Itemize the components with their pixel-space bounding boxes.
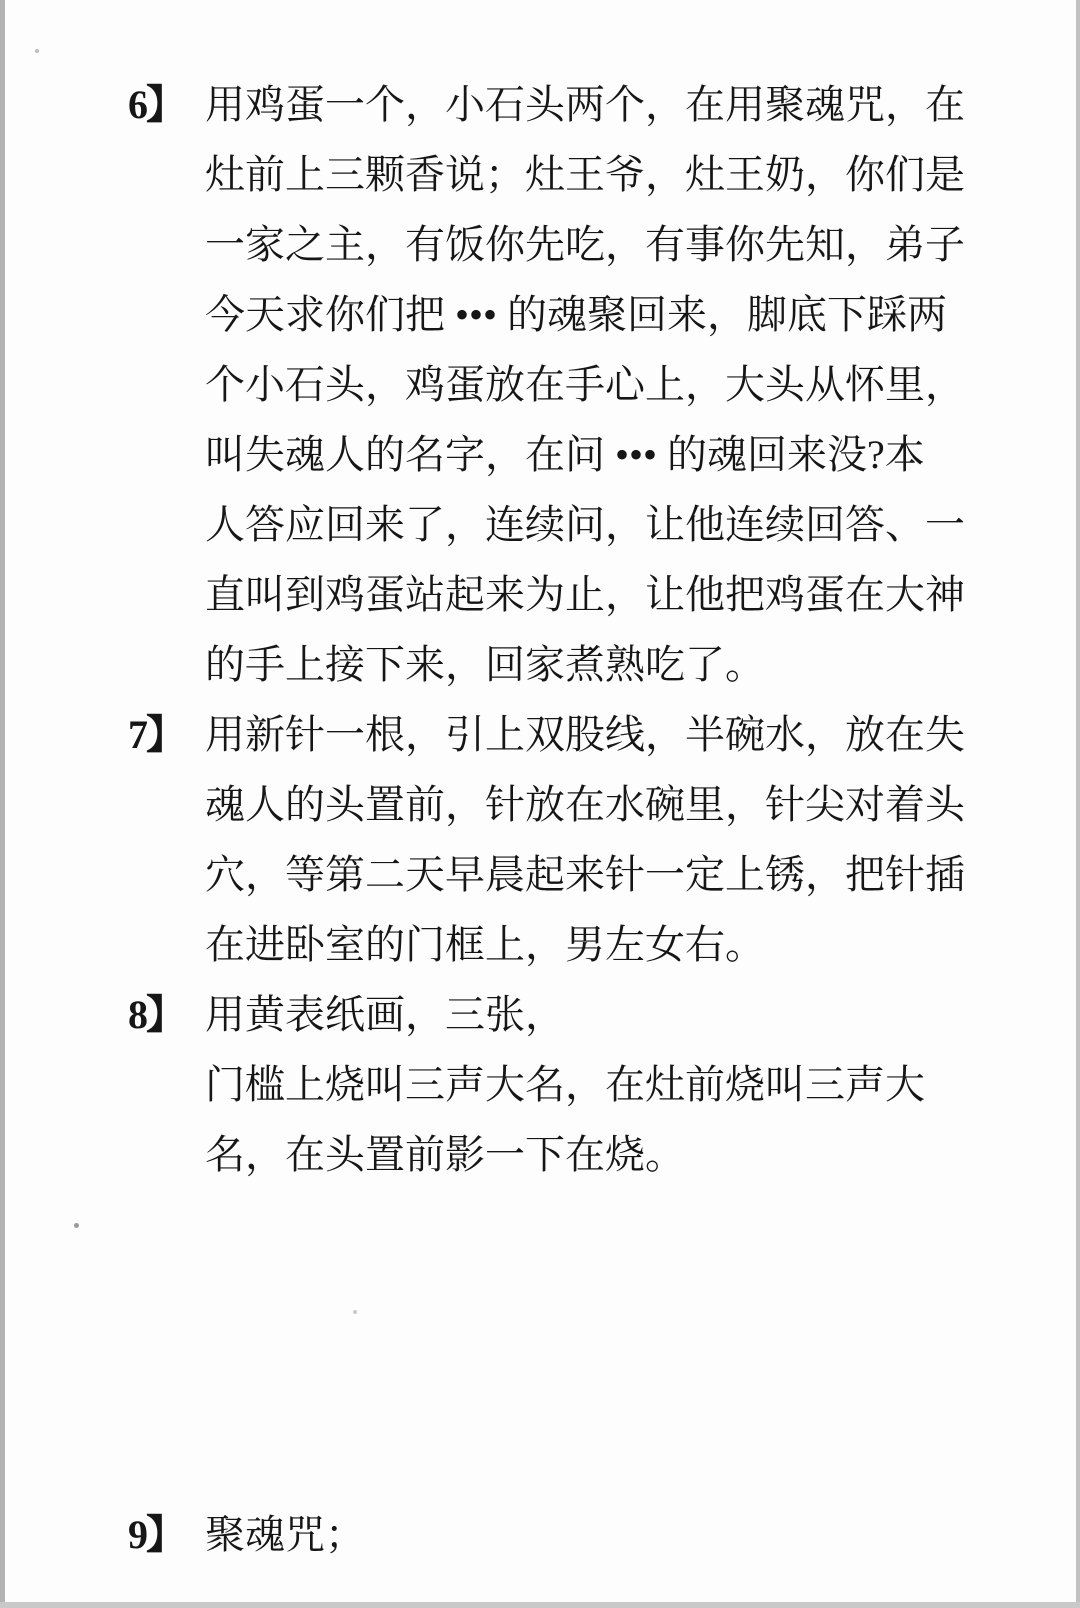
item-text: 用黄表纸画，三张， 门槛上烧叫三声大名，在灶前烧叫三声大 名，在头置前影一下在烧…: [205, 980, 1028, 1190]
item-text: 用鸡蛋一个，小石头两个，在用聚魂咒，在 灶前上三颗香说；灶王爷，灶王奶，你们是 …: [205, 70, 1028, 700]
text-line: 灶前上三颗香说；灶王爷，灶王奶，你们是: [205, 140, 1028, 210]
list-item-9: 9】 聚魂咒；: [128, 1500, 1028, 1570]
text-line: 用新针一根，引上双股线，半碗水，放在失: [205, 700, 1028, 770]
item-marker: 7】: [128, 700, 205, 770]
text-line: 用鸡蛋一个，小石头两个，在用聚魂咒，在: [205, 70, 1028, 140]
text-line: 人答应回来了，连续问，让他连续回答、一: [205, 490, 1028, 560]
list-item-6: 6】 用鸡蛋一个，小石头两个，在用聚魂咒，在 灶前上三颗香说；灶王爷，灶王奶，你…: [128, 70, 1028, 700]
text-line: 的手上接下来，回家煮熟吃了。: [205, 630, 1028, 700]
text-line: 直叫到鸡蛋站起来为止，让他把鸡蛋在大神: [205, 560, 1028, 630]
text-line: 在进卧室的门框上，男左女右。: [205, 910, 1028, 980]
item-marker: 8】: [128, 980, 205, 1050]
item-text: 聚魂咒；: [205, 1500, 1028, 1570]
document-body: 6】 用鸡蛋一个，小石头两个，在用聚魂咒，在 灶前上三颗香说；灶王爷，灶王奶，你…: [128, 70, 1028, 1570]
scan-edge-right: [1076, 0, 1080, 1608]
text-line: 门槛上烧叫三声大名，在灶前烧叫三声大: [205, 1050, 1028, 1120]
scan-speck: [35, 49, 39, 53]
scan-speck: [74, 1223, 79, 1228]
item-text: 用新针一根，引上双股线，半碗水，放在失 魂人的头置前，针放在水碗里，针尖对着头 …: [205, 700, 1028, 980]
list-item-7: 7】 用新针一根，引上双股线，半碗水，放在失 魂人的头置前，针放在水碗里，针尖对…: [128, 700, 1028, 980]
list-item-8: 8】 用黄表纸画，三张， 门槛上烧叫三声大名，在灶前烧叫三声大 名，在头置前影一…: [128, 980, 1028, 1190]
text-line: 聚魂咒；: [205, 1500, 1028, 1570]
text-line: 名，在头置前影一下在烧。: [205, 1120, 1028, 1190]
scan-edge-left: [0, 0, 5, 1608]
text-line: 个小石头，鸡蛋放在手心上，大头从怀里，: [205, 350, 1028, 420]
item-marker: 6】: [128, 70, 205, 140]
text-line: 用黄表纸画，三张，: [205, 980, 1028, 1050]
text-line: 叫失魂人的名字，在问 ••• 的魂回来没?本: [205, 420, 1028, 490]
text-line: 今天求你们把 ••• 的魂聚回来，脚底下踩两: [205, 280, 1028, 350]
text-line: 一家之主，有饭你先吃，有事你先知，弟子: [205, 210, 1028, 280]
item-marker: 9】: [128, 1500, 205, 1570]
scan-edge-bottom: [0, 1602, 1080, 1608]
text-line: 穴，等第二天早晨起来针一定上锈，把针插: [205, 840, 1028, 910]
text-line: 魂人的头置前，针放在水碗里，针尖对着头: [205, 770, 1028, 840]
